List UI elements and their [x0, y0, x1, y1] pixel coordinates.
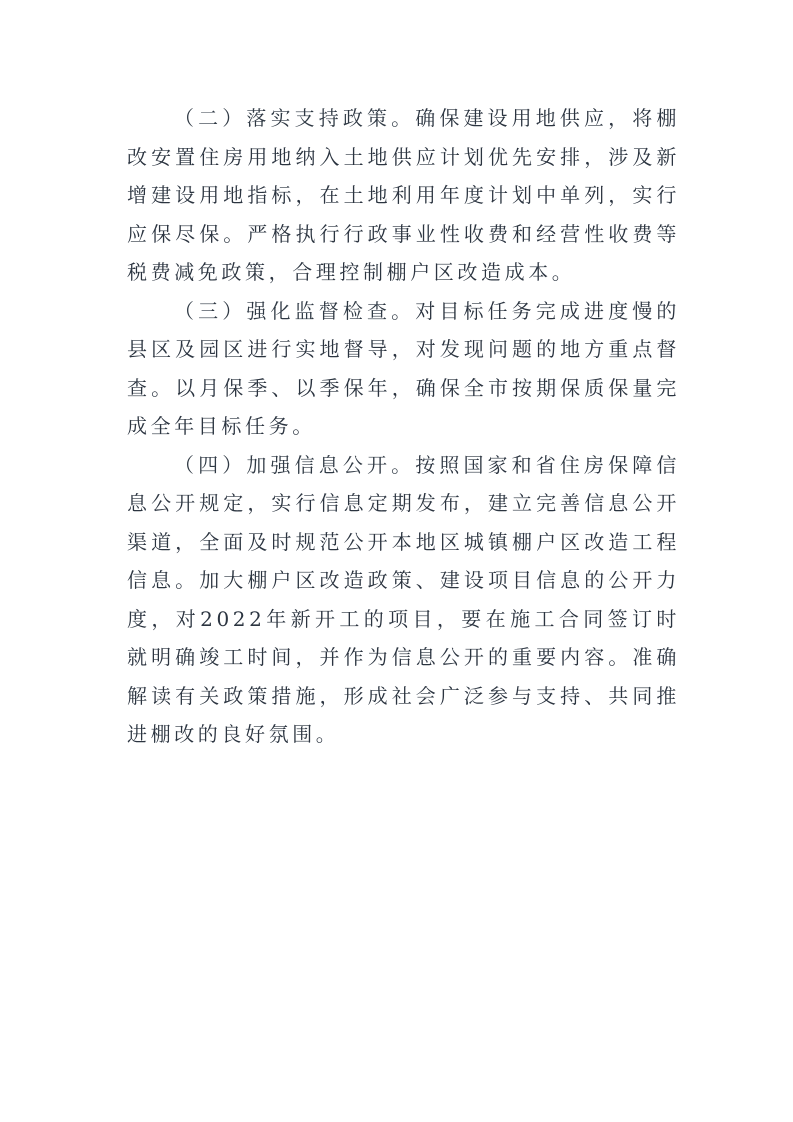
paragraph-heading: （四）加强信息公开。 [174, 453, 415, 477]
paragraph-information-disclosure: （四）加强信息公开。按照国家和省住房保障信息公开规定，实行信息定期发布，建立完善… [127, 446, 680, 754]
paragraph-text: 确保建设用地供应，将棚改安置住房用地纳入土地供应计划优先安排，涉及新增建设用地指… [127, 106, 680, 284]
document-body: （二）落实支持政策。确保建设用地供应，将棚改安置住房用地纳入土地供应计划优先安排… [127, 99, 680, 754]
paragraph-text: 按照国家和省住房保障信息公开规定，实行信息定期发布，建立完善信息公开渠道，全面及… [127, 453, 680, 747]
paragraph-heading: （二）落实支持政策。 [174, 106, 415, 130]
document-page: （二）落实支持政策。确保建设用地供应，将棚改安置住房用地纳入土地供应计划优先安排… [0, 0, 793, 1122]
paragraph-strengthen-supervision: （三）强化监督检查。对目标任务完成进度慢的县区及园区进行实地督导，对发现问题的地… [127, 292, 680, 446]
paragraph-implement-support-policies: （二）落实支持政策。确保建设用地供应，将棚改安置住房用地纳入土地供应计划优先安排… [127, 99, 680, 292]
paragraph-heading: （三）强化监督检查。 [174, 299, 415, 323]
